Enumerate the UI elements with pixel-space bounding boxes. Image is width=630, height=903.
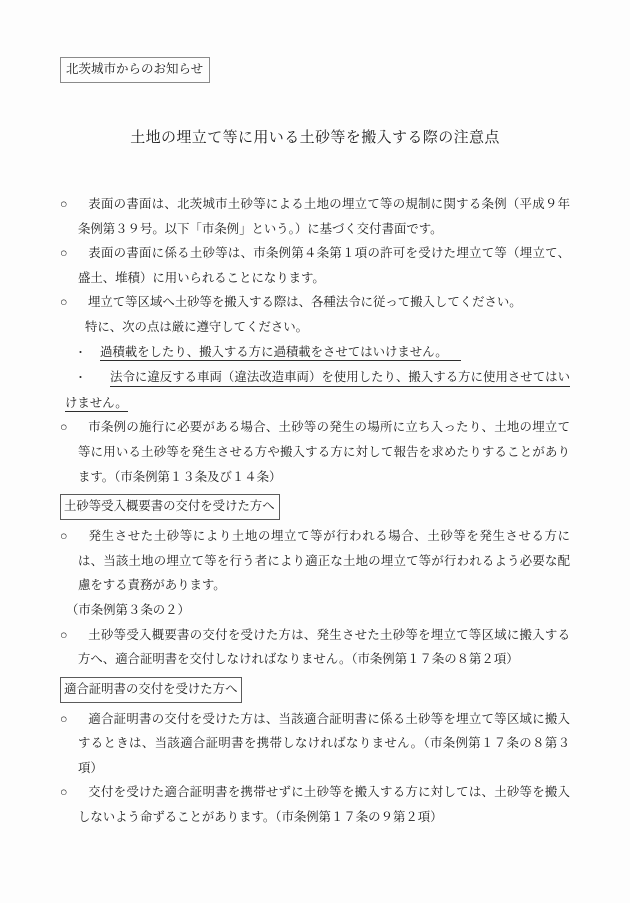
line-ordinance-article-3-2: （市条例第３条の２） [60, 598, 570, 623]
bullet-carry-certificate-text: 適合証明書の交付を受けた方は、当該適合証明書に係る土砂等を埋立て等区域に搬入する… [78, 712, 570, 775]
notice-label-box: 北茨城市からのお知らせ [60, 57, 210, 83]
line-ordinance-article-3-2-text: （市条例第３条の２） [66, 603, 190, 617]
circle-bullet-marker: ○ [60, 524, 88, 549]
dot-bullet-marker: ・ [75, 366, 110, 391]
bullet-inspection-report: ○市条例の施行に必要がある場合、土砂等の発生の場所に立ち入ったり、土地の埋立て等… [60, 415, 570, 489]
bullet-generator-duty-text: 発生させた土砂等により土地の埋立て等が行われる場合、土砂等を発生させる方には、当… [78, 529, 570, 592]
circle-bullet-marker: ○ [60, 241, 88, 266]
bullet-front-document: ○表面の書面は、北茨城市土砂等による土地の埋立て等の規制に関する条例（平成９年条… [60, 192, 570, 241]
bullet-issue-certificate-text: 土砂等受入概要書の交付を受けた方は、発生させた土砂等を埋立て等区域に搬入する方へ… [78, 628, 570, 667]
section-heading-acceptance-summary: 土砂等受入概要書の交付を受けた方へ [60, 494, 570, 520]
circle-bullet-marker: ○ [60, 290, 88, 315]
section-heading-conformity-certificate: 適合証明書の交付を受けた方へ [60, 677, 570, 703]
line-strict-compliance: 特に、次の点は厳に遵守してください。 [60, 315, 570, 340]
bullet-generator-duty: ○発生させた土砂等により土地の埋立て等が行われる場合、土砂等を発生させる方には、… [60, 524, 570, 598]
section-heading-conformity-certificate: 適合証明書の交付を受けた方へ [60, 677, 242, 703]
circle-bullet-marker: ○ [60, 780, 88, 805]
circle-bullet-marker: ○ [60, 623, 88, 648]
page-title: 土地の埋立て等に用いる土砂等を搬入する際の注意点 [60, 127, 570, 149]
bullet-carry-certificate: ○適合証明書の交付を受けた方は、当該適合証明書に係る土砂等を埋立て等区域に搬入す… [60, 707, 570, 781]
document-body: ○表面の書面は、北茨城市土砂等による土地の埋立て等の規制に関する条例（平成９年条… [60, 192, 570, 830]
sub-bullet-overloading: ・過積載をしたり、搬入する方に過積載をさせてはいけません。 [60, 340, 570, 366]
bullet-prohibition-order: ○交付を受けた適合証明書を携帯せずに土砂等を搬入する方に対しては、土砂等を搬入し… [60, 780, 570, 829]
notice-label: 北茨城市からのお知らせ [66, 62, 203, 76]
circle-bullet-marker: ○ [60, 707, 88, 732]
circle-bullet-marker: ○ [60, 415, 88, 440]
bullet-carry-in-laws: ○埋立て等区域へ土砂等を搬入する際は、各種法令に従って搬入してください。 [60, 290, 570, 315]
circle-bullet-marker: ○ [60, 192, 88, 217]
sub-bullet-illegal-vehicle-text: 法令に違反する車両（違法改造車両）を使用したり、搬入する方に使用させてはいけませ… [65, 370, 570, 412]
document-page: 北茨城市からのお知らせ 土地の埋立て等に用いる土砂等を搬入する際の注意点 ○表面… [0, 0, 630, 903]
sub-bullet-overloading-text: 過積載をしたり、搬入する方に過積載をさせてはいけません。 [100, 345, 461, 362]
line-strict-compliance-text: 特に、次の点は厳に遵守してください。 [85, 320, 308, 334]
section-heading-acceptance-summary: 土砂等受入概要書の交付を受けた方へ [60, 494, 280, 520]
bullet-prohibition-order-text: 交付を受けた適合証明書を携帯せずに土砂等を搬入する方に対しては、土砂等を搬入しな… [78, 785, 570, 824]
bullet-permitted-use: ○表面の書面に係る土砂等は、市条例第４条第１項の許可を受けた埋立て等（埋立て、盛… [60, 241, 570, 290]
bullet-carry-in-laws-text: 埋立て等区域へ土砂等を搬入する際は、各種法令に従って搬入してください。 [88, 295, 522, 309]
bullet-issue-certificate: ○土砂等受入概要書の交付を受けた方は、発生させた土砂等を埋立て等区域に搬入する方… [60, 623, 570, 672]
dot-bullet-marker: ・ [75, 341, 100, 366]
bullet-front-document-text: 表面の書面は、北茨城市土砂等による土地の埋立て等の規制に関する条例（平成９年条例… [78, 197, 570, 236]
bullet-permitted-use-text: 表面の書面に係る土砂等は、市条例第４条第１項の許可を受けた埋立て等（埋立て、盛土… [78, 246, 570, 285]
sub-bullet-illegal-vehicle: ・法令に違反する車両（違法改造車両）を使用したり、搬入する方に使用させてはいけま… [60, 365, 570, 415]
bullet-inspection-report-text: 市条例の施行に必要がある場合、土砂等の発生の場所に立ち入ったり、土地の埋立て等に… [78, 420, 570, 483]
